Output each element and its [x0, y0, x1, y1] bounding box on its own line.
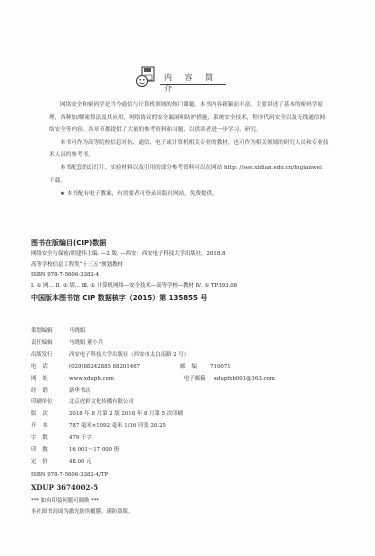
info-row: 策划编辑 马晓娟 [31, 326, 351, 338]
info-value: 2018 年 8 月第 2 版 2018 年 8 月第 5 次印刷 [69, 409, 183, 421]
smiley-floppy-icon [136, 66, 156, 88]
info-label: 网址 [31, 374, 69, 386]
info-value: 479 千字 [69, 433, 92, 445]
cip-block: 图书在版编目(CIP)数据 网络安全与保密/胡建伟主编. —2 版. —西安：西… [31, 237, 351, 304]
info-row: 版次 2018 年 8 月第 2 版 2018 年 8 月第 5 次印刷 [31, 409, 351, 421]
info-row: 出版发行 西安电子科技大学出版社（西安市太白南路 2 号） [31, 350, 351, 362]
info-row: 责任编辑 马晓娟 董小兵 [31, 338, 351, 350]
intro-paragraph: 网络安全和密码学是当今通信与计算机领域的热门课题。本书内容新颖而丰富，主要讲述了… [49, 99, 329, 137]
info-row: 字数 479 千字 [31, 433, 351, 445]
cip-line: ISBN 978-7-5606-3382-4 [31, 270, 351, 281]
info-label: 责任编辑 [31, 338, 69, 350]
info-label: 电话 [31, 362, 69, 374]
cip-verify: 中国版本图书馆 CIP 数据核字（2015）第 135855 号 [31, 292, 351, 304]
cip-line: Ⅰ. ① 网… Ⅱ. ① 胡… Ⅲ. ① 计算机网络—安全技术—高等学校—教材 … [31, 281, 351, 292]
info-value: www.xduph.com [69, 374, 114, 386]
info-value: 16 001～17 000 册 [69, 445, 119, 457]
heading-underline [160, 84, 226, 85]
intro-note: ★ 本书配有电子教案，有需要者可登录出版社网站，免费提供。 [49, 188, 329, 201]
cip-line: 高等学校信息工程类“十三五”规划教材 [31, 260, 351, 271]
info-row: 开本 787 毫米×1092 毫米 1/16 印张 20.25 [31, 421, 351, 433]
info-label: 字数 [31, 433, 69, 445]
info-value: 北京虎彩文化传播有限公司 [69, 397, 134, 409]
info-value: 马晓娟 董小兵 [69, 338, 103, 350]
isbn-full: ISBN 978-7-5606-3382-4/TP [31, 470, 108, 480]
info-row: 印刷单位 北京虎彩文化传播有限公司 [31, 397, 351, 409]
publication-info: 策划编辑 马晓娟 责任编辑 马晓娟 董小兵 出版发行 西安电子科技大学出版社（西… [31, 326, 351, 469]
info-row: 网址 www.xduph.com 电子邮箱 xdupfxb001@163.com [31, 374, 351, 386]
info-label: 出版发行 [31, 350, 69, 362]
info-label: 开本 [31, 421, 69, 433]
info-label: 邮编 [180, 362, 210, 374]
info-label: 印数 [31, 445, 69, 457]
info-row: 印数 16 001～17 000 册 [31, 445, 351, 457]
info-label: 版次 [31, 409, 69, 421]
info-value: (029)88242885 88201467 [69, 362, 140, 374]
exchange-notice: *** 如有印装问题可调换 *** [31, 496, 99, 506]
info-value: 787 毫米×1092 毫米 1/16 印张 20.25 [69, 421, 166, 433]
info-label: 印刷单位 [31, 397, 69, 409]
info-label: 电子邮箱 [184, 374, 214, 386]
intro-body: 网络安全和密码学是当今通信与计算机领域的热门课题。本书内容新颖而丰富，主要讲述了… [49, 99, 329, 201]
intro-heading: 内 容 简 介 [136, 66, 226, 88]
info-value: xdupfxb001@163.com [214, 374, 275, 386]
info-value: 西安电子科技大学出版社（西安市太白南路 2 号） [69, 350, 189, 362]
xdup-code: XDUP 3674002-5 [31, 482, 98, 493]
intro-title: 内 容 简 介 [164, 72, 226, 94]
info-label: 策划编辑 [31, 326, 69, 338]
info-row: 电话 (029)88242885 88201467 邮编 710071 [31, 362, 351, 374]
info-value: 48.00 元 [69, 457, 92, 469]
info-value: 新华书店 [69, 386, 91, 398]
cip-line: 网络安全与保密/胡建伟主编. —2 版. —西安：西安电子科技大学出版社，201… [31, 249, 351, 260]
anticounterfeit-notice: 本社图书封面为激光防伪覆膜，谨防盗版。 [31, 507, 133, 517]
info-label: 定价 [31, 457, 69, 469]
info-row: 经销 新华书店 [31, 386, 351, 398]
intro-paragraph: 本书可作为高等院校信息对抗、通信、电子或计算机相关专业的教材，也可作为相关领域的… [49, 137, 329, 162]
info-label: 经销 [31, 386, 69, 398]
info-row: 定价 48.00 元 [31, 457, 351, 469]
cip-title: 图书在版编目(CIP)数据 [31, 237, 351, 249]
copyright-page: 内 容 简 介 网络安全和密码学是当今通信与计算机领域的热门课题。本书内容新颖而… [0, 0, 375, 556]
info-value: 马晓娟 [69, 326, 85, 338]
info-value: 710071 [210, 362, 231, 374]
intro-paragraph: 本书配套的幻灯片、实验材料以及引用的部分参考资料可以在网站 http: //se… [49, 162, 329, 187]
